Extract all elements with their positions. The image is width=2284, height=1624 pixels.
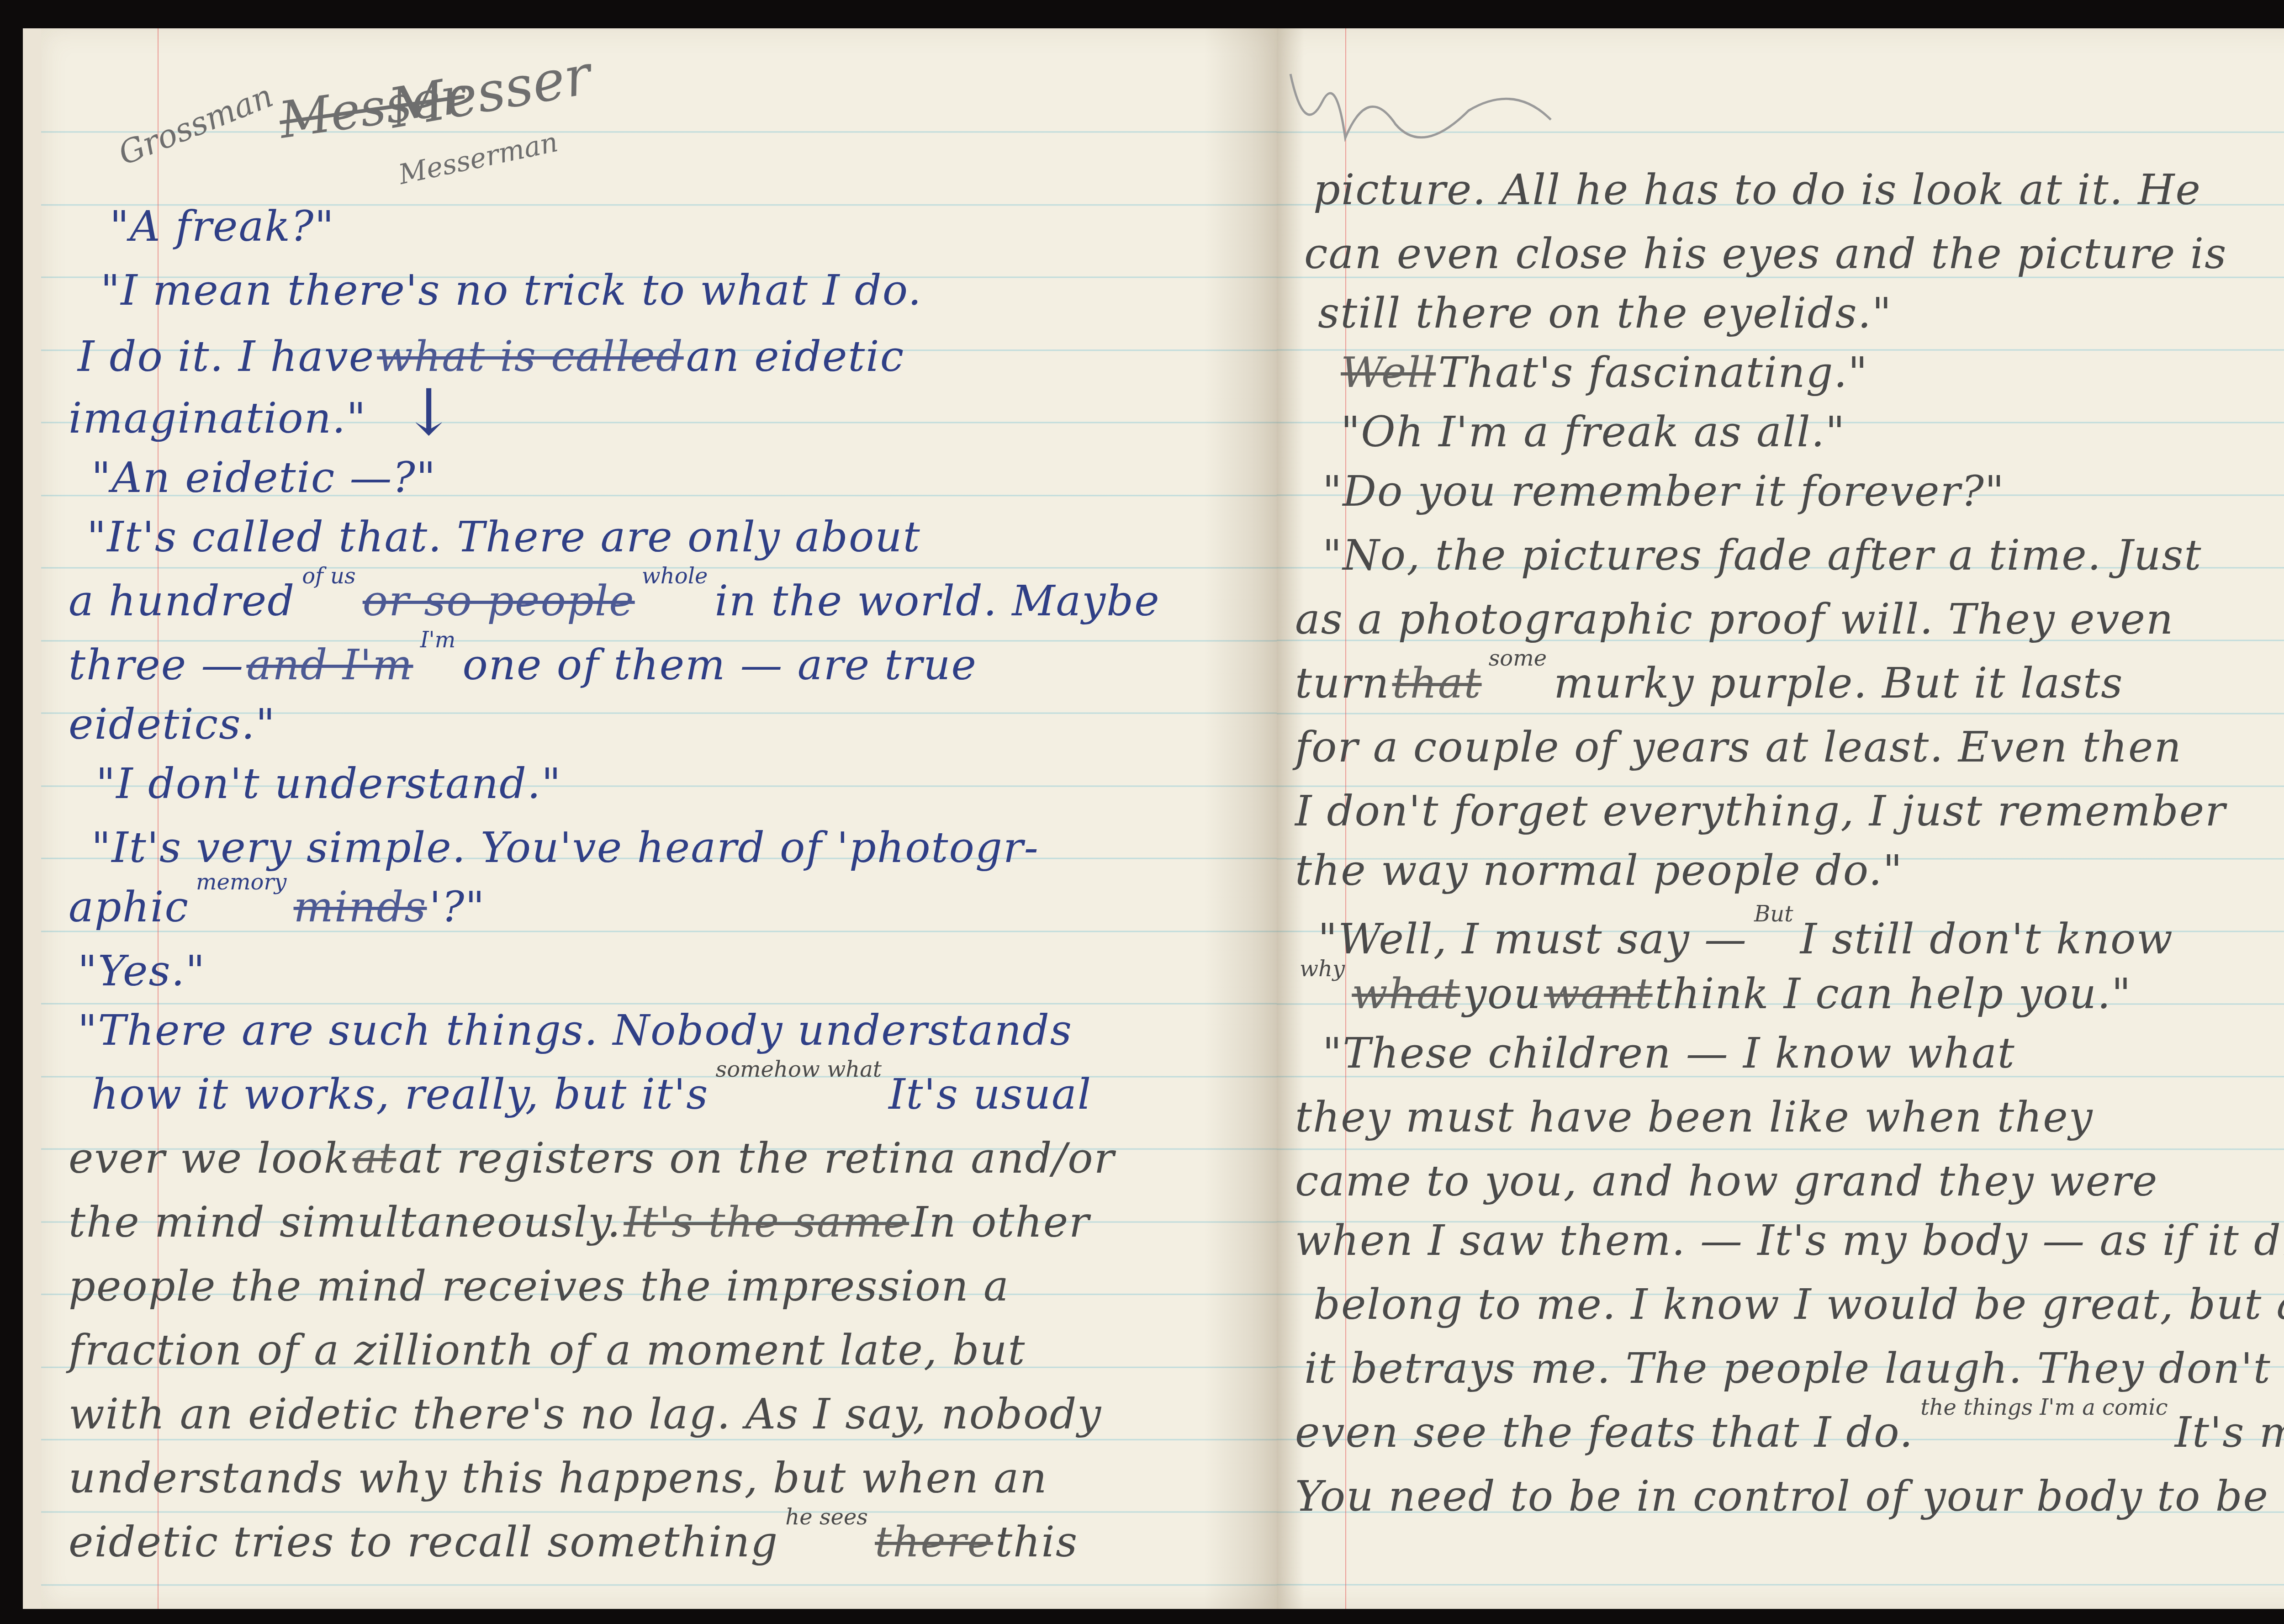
deleted-text: minds — [294, 883, 427, 931]
manuscript-line: understands why this happens, but when a… — [41, 1454, 1277, 1502]
inserted-text: somehow what — [716, 1057, 882, 1082]
inserted-text: he sees — [785, 1504, 868, 1530]
manuscript-line: "I don't understand." — [41, 759, 1277, 808]
manuscript-line: even see the feats that I do. the things… — [1277, 1408, 2284, 1457]
inserted-text: I'm — [420, 627, 456, 653]
manuscript-line: "Yes." — [41, 947, 1277, 995]
manuscript-line: a hundred of us or so people whole in th… — [41, 577, 1277, 625]
manuscript-line: "I mean there's no trick to what I do. — [41, 266, 1277, 315]
manuscript-line: "Oh I'm a freak as all." — [1277, 407, 2284, 456]
manuscript-line: with an eidetic there's no lag. As I say… — [41, 1390, 1277, 1439]
manuscript-line: belong to me. I know I would be great, b… — [1277, 1280, 2284, 1329]
manuscript-line: eidetics." — [41, 700, 1277, 749]
manuscript-line: still there on the eyelids." — [1277, 289, 2284, 338]
manuscript-line: "It's called that. There are only about — [41, 513, 1277, 561]
manuscript-line: "There are such things. Nobody understan… — [41, 1006, 1277, 1055]
deleted-text: that — [1392, 659, 1482, 708]
inserted-text: why — [1300, 956, 1345, 982]
manuscript-line: ever we look at at registers on the reti… — [41, 1134, 1277, 1183]
manuscript-line: turn that some murky purple. But it last… — [1277, 659, 2284, 708]
manuscript-line: three — and I'm I'm one of them — are tr… — [41, 640, 1277, 689]
manuscript-line: picture. All he has to do is look at it.… — [1277, 165, 2284, 214]
left-page: Grossman Messer Messer Messerman "A frea… — [23, 28, 1277, 1609]
manuscript-line: "Well, I must say — But I still don't kn… — [1277, 915, 2284, 963]
deleted-text: Well — [1341, 348, 1436, 397]
manuscript-line: came to you, and how grand they were — [1277, 1157, 2284, 1206]
manuscript-line: I do it. I have what is called an eideti… — [41, 332, 1277, 381]
manuscript-line: fraction of a zillionth of a moment late… — [41, 1326, 1277, 1375]
inserted-text: But — [1754, 901, 1793, 927]
inserted-text: memory — [196, 869, 286, 895]
deleted-text: It's the same — [624, 1198, 909, 1247]
manuscript-line: why what you want think I can help you." — [1277, 969, 2284, 1018]
deleted-text: at — [353, 1134, 397, 1183]
manuscript-line: imagination." — [41, 394, 1277, 443]
manuscript-line: "No, the pictures fade after a time. Jus… — [1277, 531, 2284, 580]
right-page: picture. All he has to do is look at it.… — [1277, 28, 2284, 1609]
inserted-text: the things I'm a comic — [1920, 1395, 2168, 1420]
manuscript-line: "A freak?" — [41, 202, 1277, 251]
manuscript-line: when I saw them. — It's my body — as if … — [1277, 1216, 2284, 1265]
deleted-text: and I'm — [246, 640, 413, 689]
inserted-text: some — [1489, 645, 1547, 671]
deleted-text: want — [1544, 969, 1653, 1018]
deleted-text: there — [875, 1518, 993, 1566]
manuscript-line: for a couple of years at least. Even the… — [1277, 723, 2284, 772]
manuscript-line: "An eidetic —?" — [41, 453, 1277, 502]
deleted-text: or so people — [363, 577, 635, 625]
manuscript-line: "These children — I know what — [1277, 1029, 2284, 1078]
deleted-text: what is called — [377, 332, 684, 381]
manuscript-line: people the mind receives the impression … — [41, 1262, 1277, 1311]
annotation-messer: Messer — [384, 43, 596, 141]
manuscript-line: "Do you remember it forever?" — [1277, 467, 2284, 516]
notebook-spread: Grossman Messer Messer Messerman "A frea… — [23, 28, 2284, 1609]
manuscript-line: "It's very simple. You've heard of 'phot… — [41, 823, 1277, 872]
inserted-text: whole — [642, 563, 708, 589]
manuscript-line: they must have been like when they — [1277, 1093, 2284, 1142]
annotation-grossman: Grossman — [113, 77, 278, 173]
inserted-text: of us — [302, 563, 355, 589]
manuscript-line: the way normal people do." — [1277, 846, 2284, 895]
manuscript-line: I don't forget everything, I just rememb… — [1277, 787, 2284, 836]
deleted-text: what — [1352, 969, 1460, 1018]
pencil-doodle-icon — [1277, 56, 1825, 147]
manuscript-line: as a photographic proof will. They even — [1277, 595, 2284, 644]
manuscript-line: the mind simultaneously. It's the same I… — [41, 1198, 1277, 1247]
manuscript-line: eidetic tries to recall something he see… — [41, 1518, 1277, 1566]
insertion-arrow-icon: ↓ — [402, 376, 455, 450]
manuscript-line: can even close his eyes and the picture … — [1277, 229, 2284, 278]
manuscript-line: it betrays me. The people laugh. They do… — [1277, 1344, 2284, 1393]
manuscript-line: Well That's fascinating." — [1277, 348, 2284, 397]
manuscript-line: how it works, really, but it's somehow w… — [41, 1070, 1277, 1119]
manuscript-line: aphic memory minds '?" — [41, 883, 1277, 931]
manuscript-line: You need to be in control of your body t… — [1277, 1472, 2284, 1521]
